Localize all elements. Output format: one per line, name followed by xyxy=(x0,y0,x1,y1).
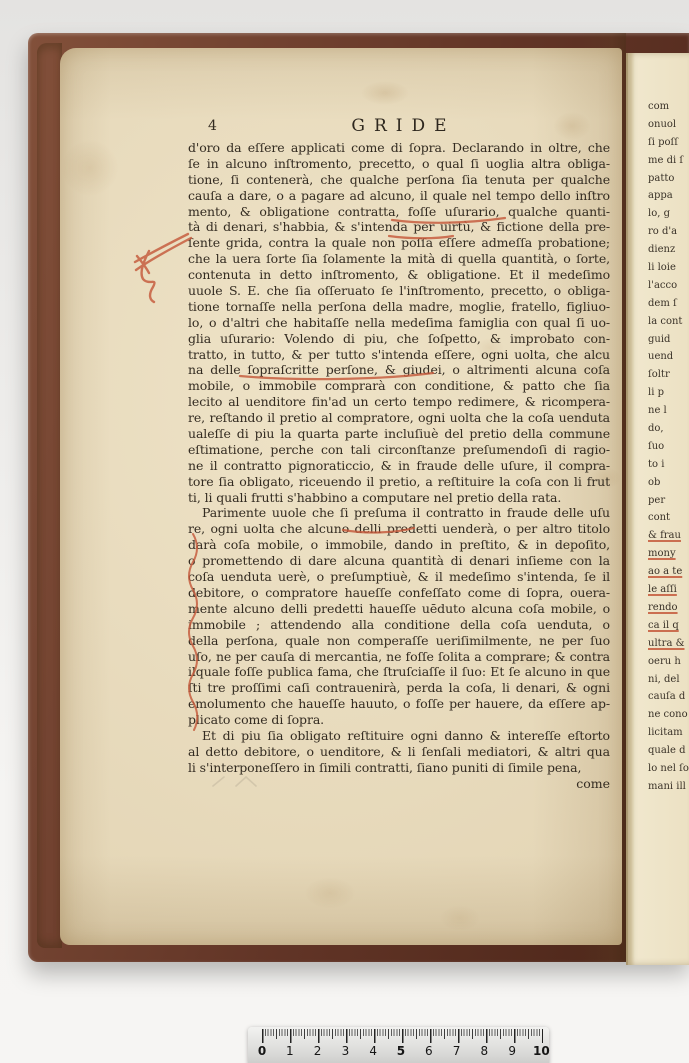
text-line: eſtimatione, perche con tali circonſtanz… xyxy=(188,442,610,458)
text-fragment: & frau xyxy=(648,530,689,548)
text-fragment: licitam xyxy=(648,727,689,745)
text-line: coſa uenduta uerè, o preſumptiuè, & il m… xyxy=(188,569,610,585)
text-fragment: li p xyxy=(648,387,689,405)
text-fragment: la cont xyxy=(648,316,689,334)
catchword: come xyxy=(188,776,610,792)
text-fragment: patto xyxy=(648,173,689,191)
page-stack-edges xyxy=(37,43,62,948)
text-fragment: to i xyxy=(648,459,689,477)
text-fragment: cont xyxy=(648,512,689,530)
text-fragment: per xyxy=(648,495,689,513)
ruler-number: 7 xyxy=(450,1044,464,1058)
text-line: Et di piu ſia obligato reſtituire ogni d… xyxy=(188,728,610,744)
next-page-text-fragments: comonuolſi poſſme di ſpattoappalo, gro d… xyxy=(648,101,689,799)
text-line: glia uſurario: Volendo di piu, che ſoſpe… xyxy=(188,331,610,347)
text-line: tore ſia obligato, riceuendo il pretio, … xyxy=(188,474,610,490)
text-line: ſti tre proſſimi caſi contrauenirà, perd… xyxy=(188,680,610,696)
ruler-numbers: 012345678910 xyxy=(255,1044,547,1058)
text-line: darà coſa mobile, o immobile, dando in p… xyxy=(188,537,610,553)
text-line: tione tornaſſe nella perſona della madre… xyxy=(188,299,610,315)
text-line: che la uera ſorte ſia ſolamente la mità … xyxy=(188,251,610,267)
text-line: tione, ſi contenerà, che qualche perſona… xyxy=(188,172,610,188)
text-fragment: quale d xyxy=(648,745,689,763)
text-block: d'oro da eſſere applicati come di ſopra.… xyxy=(188,140,610,792)
text-line: o promettendo di dare alcuna quantità di… xyxy=(188,553,610,569)
text-fragment: lo, g xyxy=(648,208,689,226)
ruler-number: 0 xyxy=(255,1044,269,1058)
text-line: lo, o d'altri che habitaſſe nella medeſi… xyxy=(188,315,610,331)
text-fragment: uend xyxy=(648,351,689,369)
text-line: immobile ; attendendo alla conditione de… xyxy=(188,617,610,633)
text-line: mento, & obligatione contratta, foſſe uſ… xyxy=(188,204,610,220)
text-fragment: rendo xyxy=(648,602,689,620)
text-fragment: ni, del xyxy=(648,674,689,692)
ruler-number: 8 xyxy=(477,1044,491,1058)
text-line: al detto debitore, o uenditore, & li ſen… xyxy=(188,744,610,760)
text-fragment: ne l xyxy=(648,405,689,423)
next-page-edge: comonuolſi poſſme di ſpattoappalo, gro d… xyxy=(626,53,689,965)
photo-backdrop: comonuolſi poſſme di ſpattoappalo, gro d… xyxy=(0,0,689,1063)
book: comonuolſi poſſme di ſpattoappalo, gro d… xyxy=(28,33,689,962)
text-line: ilquale foſſe publica fama, che ſtruſcia… xyxy=(188,664,610,680)
text-fragment: do, xyxy=(648,423,689,441)
ruler-cm-ticks xyxy=(262,1029,543,1043)
text-line: mente alcuno delli predetti haueſſe uēdu… xyxy=(188,601,610,617)
text-fragment: ultra & xyxy=(648,638,689,656)
text-fragment: com xyxy=(648,101,689,119)
text-fragment: ao a te xyxy=(648,566,689,584)
text-line: ſe in alcuno inſtromento, precetto, o qu… xyxy=(188,156,610,172)
text-fragment: ca il q xyxy=(648,620,689,638)
text-line: plicato come di ſopra. xyxy=(188,712,610,728)
text-fragment: li loie xyxy=(648,262,689,280)
text-line: mobile, o immobile comprarà con conditio… xyxy=(188,378,610,394)
text-fragment: mani ill xyxy=(648,781,689,799)
text-line: d'oro da eſſere applicati come di ſopra.… xyxy=(188,140,610,156)
ruler-number: 5 xyxy=(394,1044,408,1058)
text-line: ti, li quali frutti s'habbino a computar… xyxy=(188,490,610,506)
text-fragment: ob xyxy=(648,477,689,495)
text-fragment: ne cono xyxy=(648,709,689,727)
text-line: tratto, in tutto, & per tutto s'intenda … xyxy=(188,347,610,363)
text-line: della perſona, quale non comperaſſe ueri… xyxy=(188,633,610,649)
book-page: 4 GRIDE d'oro da eſſere applicati come d… xyxy=(60,48,622,945)
text-fragment: oeru h xyxy=(648,656,689,674)
text-fragment: le aſſi xyxy=(648,584,689,602)
ruler-number: 1 xyxy=(283,1044,297,1058)
ruler-number: 3 xyxy=(338,1044,352,1058)
text-line: ualeſſe di piu la quarta parte incluſiuè… xyxy=(188,426,610,442)
text-fragment: onuol xyxy=(648,119,689,137)
text-line: uſo, ne per cauſa di mercantia, ne foſſe… xyxy=(188,649,610,665)
text-fragment: ſoltr xyxy=(648,369,689,387)
ruler: 012345678910 xyxy=(248,1027,549,1063)
text-line: ſente grida, contra la quale non poſſa e… xyxy=(188,235,610,251)
text-fragment: ro d'a xyxy=(648,226,689,244)
text-line: li s'interponeſſero in ſimili contratti,… xyxy=(188,760,610,776)
text-fragment: me di ſ xyxy=(648,155,689,173)
text-line: re, reſtando il pretio al compratore, og… xyxy=(188,410,610,426)
ruler-number: 2 xyxy=(311,1044,325,1058)
text-fragment: appa xyxy=(648,190,689,208)
text-line: emolumento che haueſſe hauuto, o foſſe p… xyxy=(188,696,610,712)
text-line: na delle ſopraſcritte perſone, & giudei,… xyxy=(188,362,610,378)
text-line: lecito al uenditore fin'ad un certo temp… xyxy=(188,394,610,410)
text-line: cauſa a dare, o a pagare ad alcuno, il q… xyxy=(188,188,610,204)
ruler-ticks xyxy=(262,1029,543,1043)
text-line: ne il contratto pignoraticcio, & in frau… xyxy=(188,458,610,474)
text-fragment: dienz xyxy=(648,244,689,262)
text-fragment: ſuo xyxy=(648,441,689,459)
text-line: debitore, o compratore haueſſe confeſſat… xyxy=(188,585,610,601)
ruler-number: 9 xyxy=(505,1044,519,1058)
text-fragment: mony xyxy=(648,548,689,566)
text-line: contenuta in detto inſtromento, & obliga… xyxy=(188,267,610,283)
text-line: re, ogni uolta che alcuno delli predetti… xyxy=(188,521,610,537)
text-fragment: l'acco xyxy=(648,280,689,298)
text-line: Parimente uuole che ſi preſuma il contra… xyxy=(188,505,610,521)
text-lines: d'oro da eſſere applicati come di ſopra.… xyxy=(188,140,610,776)
ruler-number: 4 xyxy=(366,1044,380,1058)
running-title: GRIDE xyxy=(188,116,610,136)
text-fragment: lo nel ſo xyxy=(648,763,689,781)
text-line: uuole S. E. che ſia oſſeruato ſe l'inſtr… xyxy=(188,283,610,299)
ruler-number: 6 xyxy=(422,1044,436,1058)
text-fragment: cauſa d xyxy=(648,691,689,709)
text-fragment: dem ſ xyxy=(648,298,689,316)
text-line: tà di denari, s'habbia, & s'intenda per … xyxy=(188,219,610,235)
ruler-number: 10 xyxy=(533,1044,547,1058)
text-fragment: guid xyxy=(648,334,689,352)
text-fragment: ſi poſſ xyxy=(648,137,689,155)
